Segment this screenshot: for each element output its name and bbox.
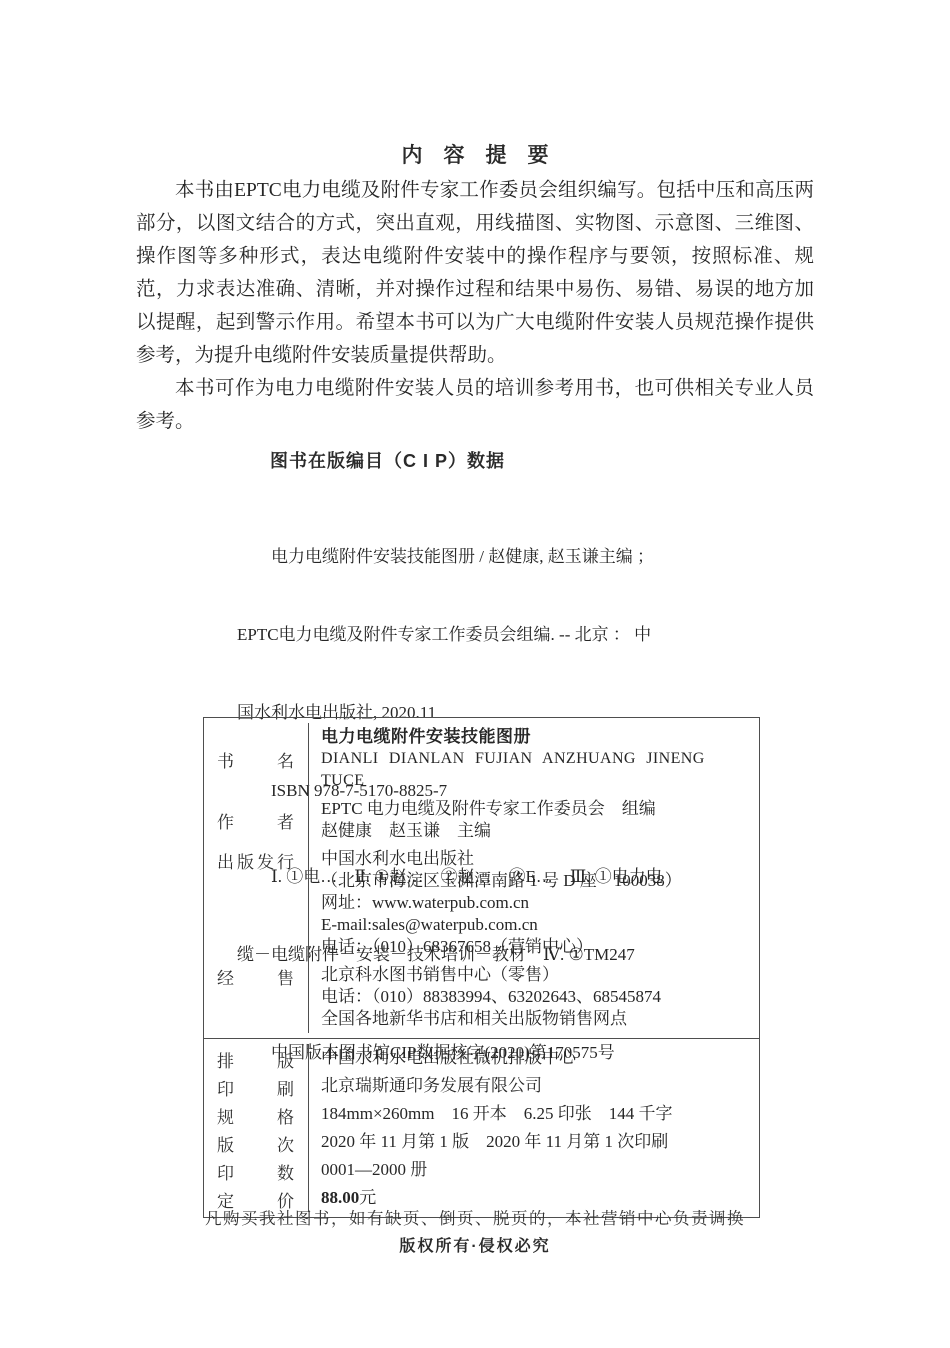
- copyright-page: 内 容 提 要 本书由EPTC电力电缆及附件专家工作委员会组织编写。包括中压和高…: [0, 0, 950, 1348]
- colophon-row: 作者EPTC 电力电缆及附件专家工作委员会 组编赵健康 赵玉谦 主编: [204, 795, 759, 845]
- colophon-line: 电话：（010）88383994、63202643、68545874: [321, 986, 753, 1008]
- colophon-table: 书名电力电缆附件安装技能图册DIANLI DIANLAN FUJIAN ANZH…: [203, 717, 760, 1218]
- colophon-row-content: 北京瑞斯通印务发展有限公司: [308, 1072, 759, 1100]
- colophon-row-label-text: 作者: [217, 808, 294, 833]
- colophon-line: 184mm×260mm 16 开本 6.25 印张 144 千字: [321, 1101, 753, 1127]
- cip-line: 电力电缆附件安装技能图册 / 赵健康, 赵玉谦主编 ；: [237, 544, 752, 570]
- content-summary-title: 内 容 提 要: [0, 139, 950, 169]
- colophon-line: E-mail:sales@waterpub.com.cn: [321, 914, 753, 936]
- colophon-row: 印刷北京瑞斯通印务发展有限公司: [204, 1072, 759, 1100]
- colophon-row-content: EPTC 电力电缆及附件专家工作委员会 组编赵健康 赵玉谦 主编: [308, 795, 759, 845]
- replacement-notice: 凡购买我社图书，如有缺页、倒页、脱页的，本社营销中心负责调换: [0, 1205, 950, 1229]
- colophon-row: 出版发行中国水利水电出版社（北京市海淀区玉渊潭南路 1 号 D 座 100038…: [204, 845, 759, 961]
- colophon-line: 北京科水图书销售中心（零售）: [321, 964, 753, 986]
- colophon-row-label: 作者: [204, 795, 308, 845]
- colophon-row-content: 北京科水图书销售中心（零售）电话：（010）88383994、63202643、…: [308, 961, 759, 1033]
- colophon-row-label-text: 印刷: [217, 1075, 294, 1100]
- colophon-line: 0001—2000 册: [321, 1157, 753, 1183]
- summary-paragraph-1: 本书由EPTC电力电缆及附件专家工作委员会组织编写。包括中压和高压两部分，以图文…: [136, 174, 814, 372]
- colophon-line: 2020 年 11 月第 1 版 2020 年 11 月第 1 次印刷: [321, 1129, 753, 1155]
- colophon-row-label: 排版: [204, 1044, 308, 1072]
- colophon-row-label-text: 经售: [217, 964, 294, 989]
- colophon-line: 电话：（010）68367658（营销中心）: [321, 936, 753, 958]
- colophon-row-content: 0001—2000 册: [308, 1156, 759, 1184]
- colophon-line: 北京瑞斯通印务发展有限公司: [321, 1073, 753, 1099]
- colophon-line: （北京市海淀区玉渊潭南路 1 号 D 座 100038）: [321, 870, 753, 892]
- content-summary: 本书由EPTC电力电缆及附件专家工作委员会组织编写。包括中压和高压两部分，以图文…: [136, 174, 814, 438]
- colophon-row: 印数0001—2000 册: [204, 1156, 759, 1184]
- colophon-row-label: 印数: [204, 1156, 308, 1184]
- colophon-line: 中国水利水电出版社微机排版中心: [321, 1045, 753, 1071]
- colophon-line: 电力电缆附件安装技能图册: [321, 726, 753, 748]
- colophon-line: DIANLI DIANLAN FUJIAN ANZHUANG JINENG TU…: [321, 748, 753, 792]
- colophon-row-label: 出版发行: [204, 845, 308, 961]
- colophon-row: 规格184mm×260mm 16 开本 6.25 印张 144 千字: [204, 1100, 759, 1128]
- colophon-row-label-text: 规格: [217, 1103, 294, 1128]
- colophon-line: 全国各地新华书店和相关出版物销售网点: [321, 1008, 753, 1030]
- colophon-row-label-text: 排版: [217, 1047, 294, 1072]
- colophon-row-content: 2020 年 11 月第 1 版 2020 年 11 月第 1 次印刷: [308, 1128, 759, 1156]
- colophon-row-label: 印刷: [204, 1072, 308, 1100]
- colophon-row-content: 中国水利水电出版社微机排版中心: [308, 1044, 759, 1072]
- colophon-row-label-text: 书名: [217, 747, 294, 772]
- colophon-row-label: 版次: [204, 1128, 308, 1156]
- colophon-row: 排版中国水利水电出版社微机排版中心: [204, 1044, 759, 1072]
- colophon-row-content: 中国水利水电出版社（北京市海淀区玉渊潭南路 1 号 D 座 100038）网址：…: [308, 845, 759, 961]
- colophon-line: 网址：www.waterpub.com.cn: [321, 892, 753, 914]
- colophon-row-label-text: 版次: [217, 1131, 294, 1156]
- summary-paragraph-2: 本书可作为电力电缆附件安装人员的培训参考用书，也可供相关专业人员参考。: [136, 372, 814, 438]
- colophon-row-label: 规格: [204, 1100, 308, 1128]
- cip-heading: 图书在版编目（C I P）数据: [270, 447, 505, 473]
- colophon-row-label-text: 印数: [217, 1159, 294, 1184]
- colophon-section-upper: 书名电力电缆附件安装技能图册DIANLI DIANLAN FUJIAN ANZH…: [204, 718, 759, 1038]
- colophon-section-lower: 排版中国水利水电出版社微机排版中心印刷北京瑞斯通印务发展有限公司规格184mm×…: [204, 1038, 759, 1217]
- colophon-row-label: 经售: [204, 961, 308, 1033]
- copyright-statement: 版权所有·侵权必究: [0, 1233, 950, 1256]
- colophon-row-content: 184mm×260mm 16 开本 6.25 印张 144 千字: [308, 1100, 759, 1128]
- colophon-row-label-text: 出版发行: [217, 848, 294, 873]
- colophon-line: EPTC 电力电缆及附件专家工作委员会 组编: [321, 798, 753, 820]
- cip-line: EPTC电力电缆及附件专家工作委员会组编. -- 北京 ： 中: [237, 622, 752, 648]
- colophon-row: 版次2020 年 11 月第 1 版 2020 年 11 月第 1 次印刷: [204, 1128, 759, 1156]
- colophon-line: 赵健康 赵玉谦 主编: [321, 820, 753, 842]
- colophon-row: 经售北京科水图书销售中心（零售）电话：（010）88383994、6320264…: [204, 961, 759, 1033]
- colophon-line: 中国水利水电出版社: [321, 848, 753, 870]
- colophon-row-label: 书名: [204, 723, 308, 795]
- colophon-row-content: 电力电缆附件安装技能图册DIANLI DIANLAN FUJIAN ANZHUA…: [308, 723, 759, 795]
- colophon-row: 书名电力电缆附件安装技能图册DIANLI DIANLAN FUJIAN ANZH…: [204, 723, 759, 795]
